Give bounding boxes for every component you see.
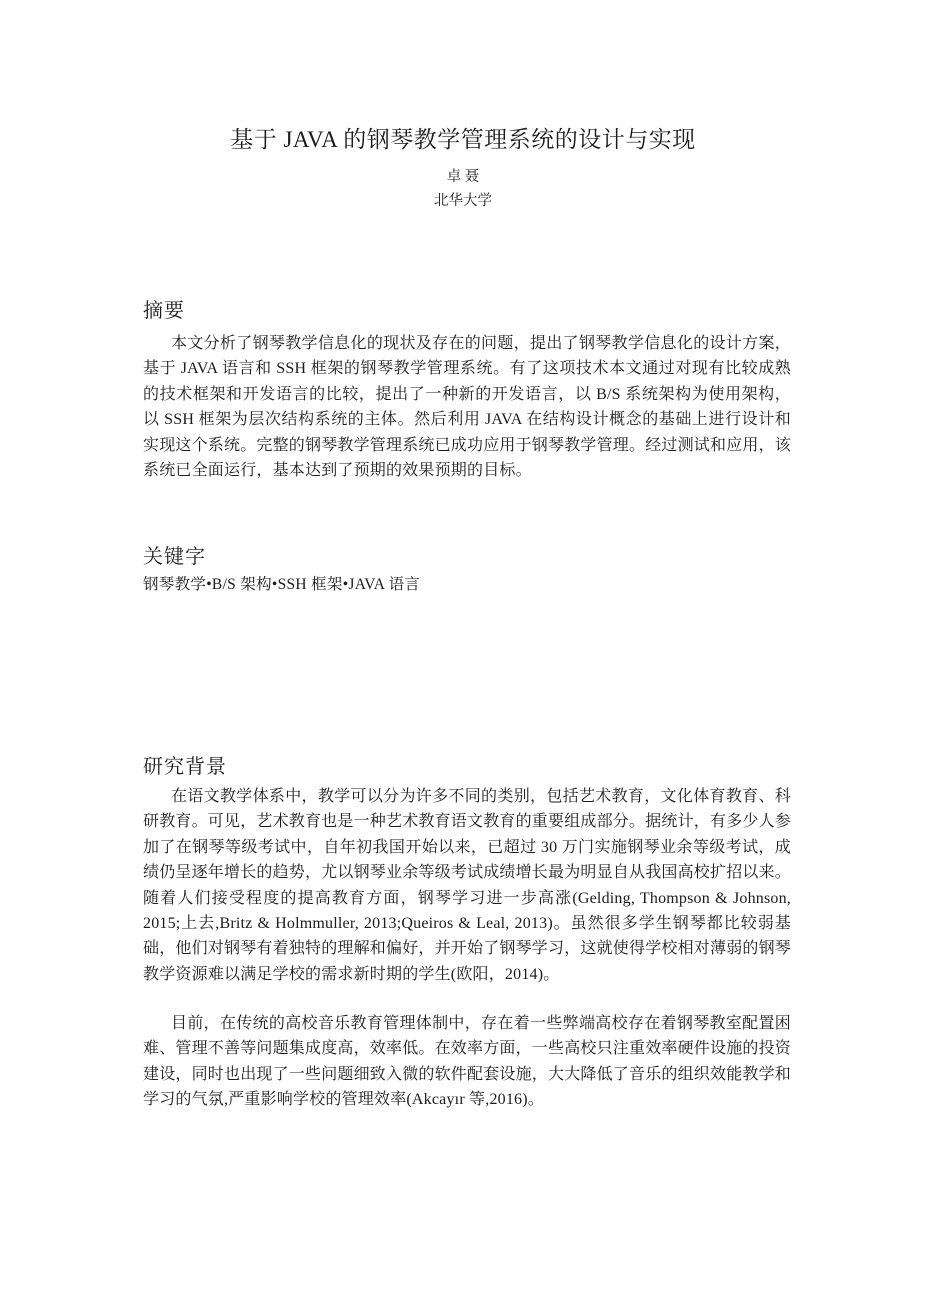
abstract-paragraph: 本文分析了钢琴教学信息化的现状及存在的问题，提出了钢琴教学信息化的设计方案，基于… (143, 331, 791, 483)
author-name: 卓 聂 (0, 165, 926, 186)
background-heading: 研究背景 (143, 750, 227, 779)
abstract-heading: 摘要 (143, 294, 185, 323)
background-paragraph-2: 目前，在传统的高校音乐教育管理体制中，存在着一些弊端高校存在着钢琴教室配置困难、… (143, 1011, 791, 1113)
background-paragraph-1: 在语文教学体系中，教学可以分为许多不同的类别，包括艺术教育，文化体育教育、科研教… (143, 784, 791, 987)
paper-title: 基于 JAVA 的钢琴教学管理系统的设计与实现 (0, 121, 926, 154)
keywords-list: 钢琴教学•B/S 架构•SSH 框架•JAVA 语言 (143, 572, 791, 597)
author-affiliation: 北华大学 (0, 189, 926, 210)
document-page: 基于 JAVA 的钢琴教学管理系统的设计与实现 卓 聂 北华大学 摘要 本文分析… (0, 0, 926, 1309)
keywords-heading: 关键字 (143, 540, 206, 569)
